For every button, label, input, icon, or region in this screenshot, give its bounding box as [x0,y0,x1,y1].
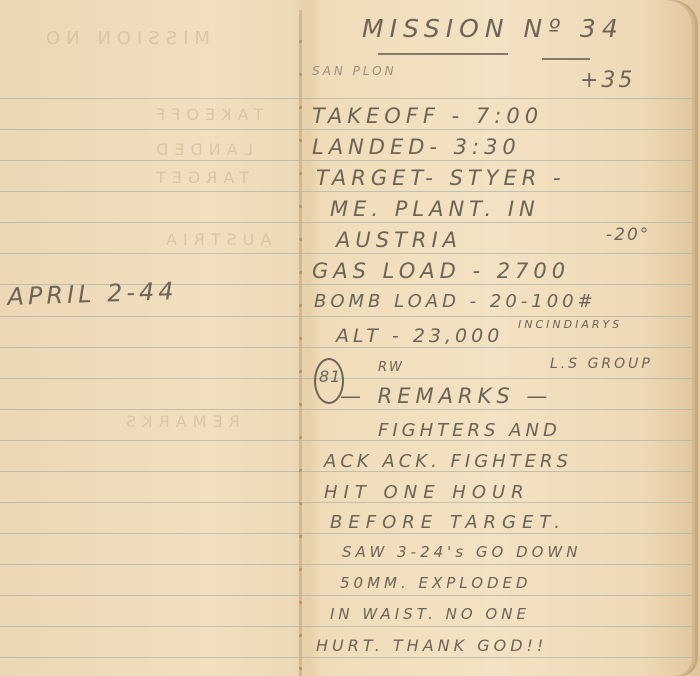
ruled-line [300,160,692,161]
target-country: AUSTRIA [336,228,462,252]
ruled-line [0,316,300,317]
ruled-line [300,129,692,130]
remark-line: FIGHTERS AND [378,420,561,441]
takeoff-time: TAKEOFF - 7:00 [312,104,543,128]
ruled-line [0,191,300,192]
ruled-line [0,471,300,472]
entry-date: APRIL 2-44 [7,277,178,311]
ruled-line [300,191,692,192]
target-line: TARGET- STYER - [316,166,566,190]
ruled-line [300,595,692,596]
bleed-through-text: MISSION NO [40,28,210,49]
ruled-line [0,626,300,627]
bleed-through-text: LANDED [150,140,253,159]
ruled-line [0,564,300,565]
remark-line: HIT ONE HOUR [324,482,530,503]
side-note: SAN PLON [312,64,397,78]
bleed-through-text: REMARKS [120,412,240,431]
ruled-line [0,378,300,379]
ruled-line [300,222,692,223]
ruled-line [300,657,692,658]
landed-time: LANDED- 3:30 [312,135,521,159]
remark-line: 50MM. EXPLODED [340,574,532,592]
target-detail: ME. PLANT. IN [330,197,540,221]
ruled-line [0,222,300,223]
gas-load: GAS LOAD - 2700 [312,259,570,283]
ruled-line [300,409,692,410]
remark-line: ACK ACK. FIGHTERS [324,451,572,472]
left-page: MISSION NO TAKEOFF LANDED TARGET AUSTRIA… [0,0,300,676]
ruled-line [300,347,692,348]
ruled-line [0,98,300,99]
ruled-line [300,626,692,627]
ruled-line [300,564,692,565]
ruled-line [300,533,692,534]
added-mission-number: +35 [580,68,635,93]
ruled-line [0,347,300,348]
bleed-through-text: TAKEOFF [150,105,263,124]
ruled-line [300,316,692,317]
ruled-line [0,657,300,658]
group-number: 81 [319,367,341,386]
remarks-heading: — REMARKS — [340,384,552,408]
ruled-line [300,378,692,379]
remark-line: SAW 3-24's GO DOWN [342,543,581,561]
altitude: ALT - 23,000 [336,325,503,347]
bomb-type: INCINDIARYS [518,318,622,331]
ruled-line [300,284,692,285]
mission-title: MISSION Nº 34 [362,14,624,43]
bleed-through-text: TARGET [150,168,249,187]
ruled-line [0,160,300,161]
remark-line: BEFORE TARGET. [330,512,566,533]
title-underline [378,53,508,55]
bleed-through-text: AUSTRIA [160,230,271,249]
ruled-line [300,98,692,99]
remark-line: HURT. THANK GOD!! [316,636,547,655]
notebook-spread: MISSION NO TAKEOFF LANDED TARGET AUSTRIA… [0,0,700,676]
bomb-load: BOMB LOAD - 20-100# [314,291,597,312]
title-underline [542,58,590,60]
temperature: -20° [606,225,650,245]
ruled-line [0,129,300,130]
ruled-line [0,409,300,410]
ruled-line [0,595,300,596]
ruled-line [0,502,300,503]
initials: RW [378,360,404,375]
remark-line: IN WAIST. NO ONE [330,605,530,623]
ruled-line [300,253,692,254]
group-name: L.S GROUP [550,356,653,372]
right-page: MISSION Nº 34 SAN PLON +35 TAKEOFF - 7:0… [300,0,692,676]
ruled-line [0,253,300,254]
ruled-line [0,440,300,441]
ruled-line [0,533,300,534]
